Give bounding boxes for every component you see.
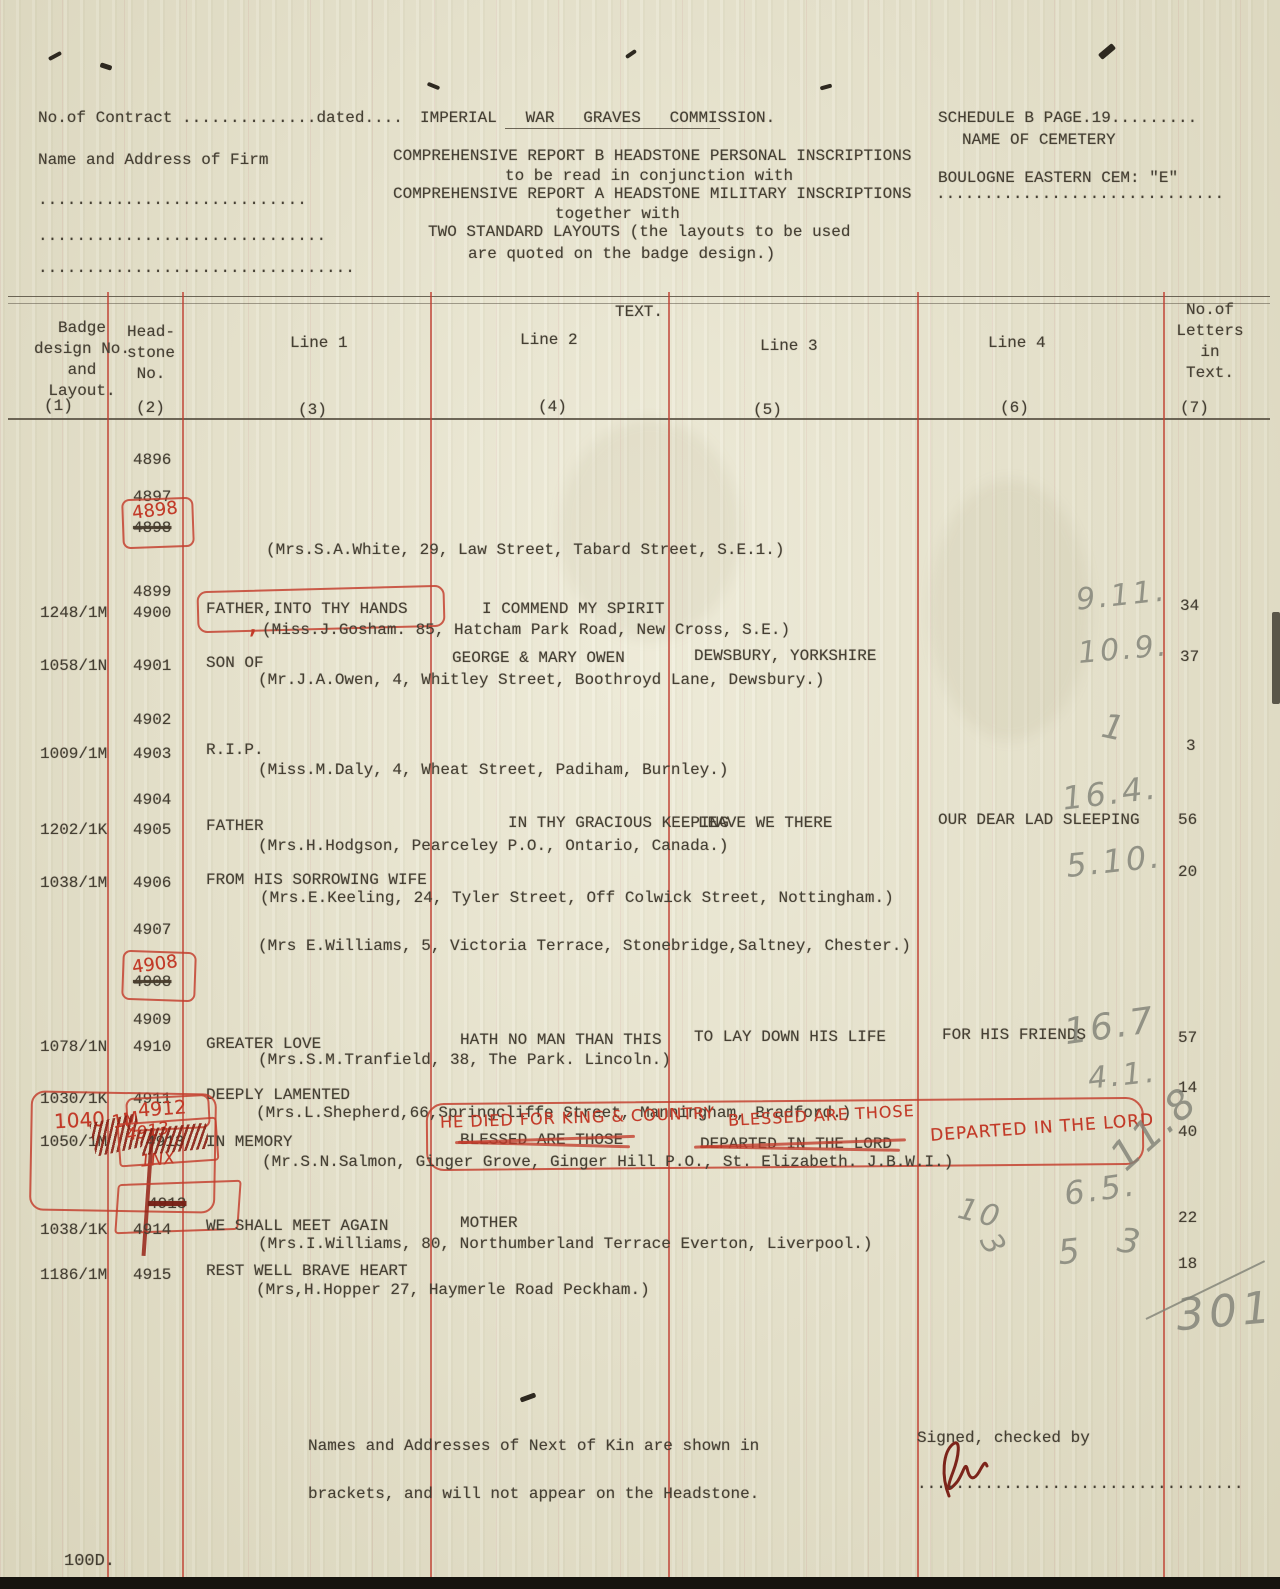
- ink-blot: [520, 1392, 537, 1402]
- column-number: (6): [1000, 398, 1029, 418]
- column-number: (7): [1180, 398, 1209, 418]
- table-top-rule: [8, 296, 1270, 297]
- letter-count: 22: [1178, 1208, 1197, 1228]
- next-of-kin-address: (Miss.J.Gosham. 85, Hatcham Park Road, N…: [262, 620, 790, 640]
- letter-count: 34: [1180, 596, 1199, 616]
- report-title-line: COMPREHENSIVE REPORT B HEADSTONE PERSONA…: [393, 146, 911, 166]
- letter-count: 20: [1178, 862, 1197, 882]
- cemetery-label: NAME OF CEMETERY: [962, 130, 1116, 150]
- pencil-price: 16.7: [1062, 1000, 1159, 1053]
- next-of-kin-address: (Mrs.H.Hodgson, Pearceley P.O., Ontario,…: [258, 836, 728, 856]
- letter-count: 56: [1178, 810, 1197, 830]
- inscription-line2: HATH NO MAN THAN THIS: [460, 1030, 662, 1050]
- next-of-kin-address: (Mrs.S.M.Tranfield, 38, The Park. Lincol…: [258, 1050, 671, 1070]
- column-number: (3): [298, 400, 327, 420]
- inscription-line1: SON OF: [206, 653, 264, 673]
- column-header-line2: Line 2: [520, 330, 578, 350]
- dotted-line: ............................: [38, 190, 307, 210]
- pencil-price: 3: [1115, 1220, 1146, 1264]
- report-title-line: to be read in conjunction with: [505, 166, 793, 186]
- dotted-line: ..............................: [38, 226, 326, 246]
- headstone-number: 4903: [133, 744, 171, 764]
- column-rule: [107, 292, 109, 1589]
- column-header-line4: Line 4: [988, 333, 1046, 353]
- report-title-line: together with: [555, 204, 680, 224]
- inscription-line1: REST WELL BRAVE HEART: [206, 1261, 408, 1281]
- headstone-number: 4905: [133, 820, 171, 840]
- inscription-line1: FATHER: [206, 816, 264, 836]
- column-header-line3: Line 3: [760, 336, 818, 356]
- signature-dotted-line: ..................................: [917, 1474, 1243, 1494]
- column-rule: [182, 292, 184, 1589]
- column-number: (2): [136, 398, 165, 418]
- pencil-price: 1: [1098, 706, 1130, 750]
- pencil-price: 6.5.: [1062, 1165, 1140, 1213]
- inscription-line2: I COMMEND MY SPIRIT: [482, 599, 664, 619]
- next-of-kin-address: (Miss.M.Daly, 4, Wheat Street, Padiham, …: [258, 760, 728, 780]
- schedule-page-label: SCHEDULE B PAGE.19.........: [938, 108, 1197, 128]
- headstone-number: 4906: [133, 873, 171, 893]
- next-of-kin-address: (Mrs.I.Williams, 80, Northumberland Terr…: [258, 1234, 873, 1254]
- pencil-price: 5.10.: [1064, 837, 1164, 885]
- column-rule: [1163, 292, 1165, 1589]
- inscription-line2: IN THY GRACIOUS KEEPING: [508, 813, 729, 833]
- ink-speck: [48, 51, 62, 61]
- dotted-line: ..............................: [936, 184, 1224, 204]
- next-of-kin-address: (Mrs,H.Hopper 27, Haymerle Road Peckham.…: [256, 1280, 650, 1300]
- form-number: 100D.: [64, 1552, 115, 1572]
- headstone-number: 4904: [133, 790, 171, 810]
- badge-number: 1248/1M: [40, 603, 107, 623]
- next-of-kin-address: (Mr.J.A.Owen, 4, Whitley Street, Boothro…: [258, 670, 825, 690]
- headstone-number: 4902: [133, 710, 171, 730]
- org-title-underline: [505, 128, 720, 129]
- footer-note-line: Names and Addresses of Next of Kin are s…: [308, 1436, 759, 1456]
- inscription-line2: GEORGE & MARY OWEN: [452, 648, 625, 668]
- headstone-number-struck: 4898: [133, 518, 171, 538]
- badge-number: 1038/1K: [40, 1220, 107, 1240]
- column-header-letters: No.of Letters in Text.: [1166, 300, 1254, 384]
- org-title: IMPERIAL WAR GRAVES COMMISSION.: [420, 108, 775, 128]
- scan-bottom-edge: [0, 1577, 1280, 1589]
- column-header-headstone: Head- stone No.: [116, 322, 186, 385]
- headstone-number-struck: 4908: [133, 972, 171, 992]
- report-title-line: are quoted on the badge design.): [468, 244, 775, 264]
- pencil-price: 16.4.: [1060, 768, 1160, 817]
- pencil-price: 9.11.: [1074, 573, 1169, 617]
- report-title-line: TWO STANDARD LAYOUTS (the layouts to be …: [428, 222, 850, 242]
- letter-count: 18: [1178, 1254, 1197, 1274]
- ink-speck: [625, 49, 637, 59]
- report-title-line: COMPREHENSIVE REPORT A HEADSTONE MILITAR…: [393, 184, 911, 204]
- text-column-group-label: TEXT.: [615, 302, 663, 322]
- inscription-line3: LEAVE WE THERE: [698, 813, 832, 833]
- badge-number: 1009/1M: [40, 744, 107, 764]
- inscription-line3: TO LAY DOWN HIS LIFE: [694, 1027, 886, 1047]
- next-of-kin-address: (Mr.S.N.Salmon, Ginger Grove, Ginger Hil…: [262, 1152, 953, 1172]
- pencil-price: 5: [1056, 1231, 1085, 1273]
- letter-count: 3: [1186, 736, 1196, 756]
- inscription-line1: R.I.P.: [206, 740, 264, 760]
- inscription-line4: OUR DEAR LAD SLEEPING: [938, 810, 1140, 830]
- badge-number: 1202/1K: [40, 820, 107, 840]
- inscription-line3: DEWSBURY, YORKSHIRE: [694, 646, 876, 666]
- headstone-number: 4907: [133, 920, 171, 940]
- inscription-line1: FATHER,INTO THY HANDS: [206, 599, 408, 619]
- scan-edge-shadow: [1272, 612, 1280, 704]
- inscription-line1: DEEPLY LAMENTED: [206, 1085, 350, 1105]
- dotted-line: .................................: [38, 258, 355, 278]
- scanned-document-page: No.of Contract ..............dated.... N…: [0, 0, 1280, 1589]
- headstone-number: 4896: [133, 450, 171, 470]
- contract-label: No.of Contract ..............dated....: [38, 108, 403, 128]
- pencil-note: 3: [972, 1227, 1013, 1264]
- headstone-number-struck: 4913: [148, 1194, 186, 1214]
- paper-stain: [930, 480, 1090, 740]
- next-of-kin-address: (Mrs E.Williams, 5, Victoria Terrace, St…: [258, 936, 911, 956]
- badge-number: 1058/1N: [40, 656, 107, 676]
- letter-count: 57: [1178, 1028, 1197, 1048]
- badge-number: 1078/1N: [40, 1037, 107, 1057]
- headstone-number: 4910: [133, 1037, 171, 1057]
- ink-speck: [100, 62, 113, 70]
- headstone-number: 4915: [133, 1265, 171, 1285]
- pencil-price: 4.1.: [1086, 1054, 1159, 1096]
- inscription-line2: MOTHER: [460, 1213, 518, 1233]
- pencil-price: 10.9.: [1077, 628, 1171, 671]
- headstone-number: 4909: [133, 1010, 171, 1030]
- table-header-rule: [8, 418, 1270, 420]
- firm-label: Name and Address of Firm: [38, 150, 268, 170]
- ink-speck: [1098, 43, 1116, 60]
- next-of-kin-address: (Mrs.S.A.White, 29, Law Street, Tabard S…: [266, 540, 784, 560]
- column-number: (1): [44, 396, 73, 416]
- column-header-line1: Line 1: [290, 333, 348, 353]
- ink-speck: [820, 84, 833, 91]
- headstone-number: 4900: [133, 603, 171, 623]
- ink-speck: [427, 82, 441, 91]
- headstone-number: 4899: [133, 582, 171, 602]
- inscription-line1: WE SHALL MEET AGAIN: [206, 1216, 388, 1236]
- inscription-line1: IN MEMORY: [206, 1132, 292, 1152]
- badge-number: 1038/1M: [40, 873, 107, 893]
- headstone-number: 4914: [133, 1220, 171, 1240]
- footer-note-line: brackets, and will not appear on the Hea…: [308, 1484, 759, 1504]
- pencil-total: 301: [1174, 1282, 1277, 1341]
- badge-number: 1186/1M: [40, 1265, 107, 1285]
- inscription-line1: FROM HIS SORROWING WIFE: [206, 870, 427, 890]
- headstone-number: 4901: [133, 656, 171, 676]
- column-rule: [917, 292, 919, 1589]
- next-of-kin-address: (Mrs.E.Keeling, 24, Tyler Street, Off Co…: [260, 888, 894, 908]
- column-number: (5): [753, 400, 782, 420]
- column-number: (4): [538, 397, 567, 417]
- letter-count: 37: [1180, 647, 1199, 667]
